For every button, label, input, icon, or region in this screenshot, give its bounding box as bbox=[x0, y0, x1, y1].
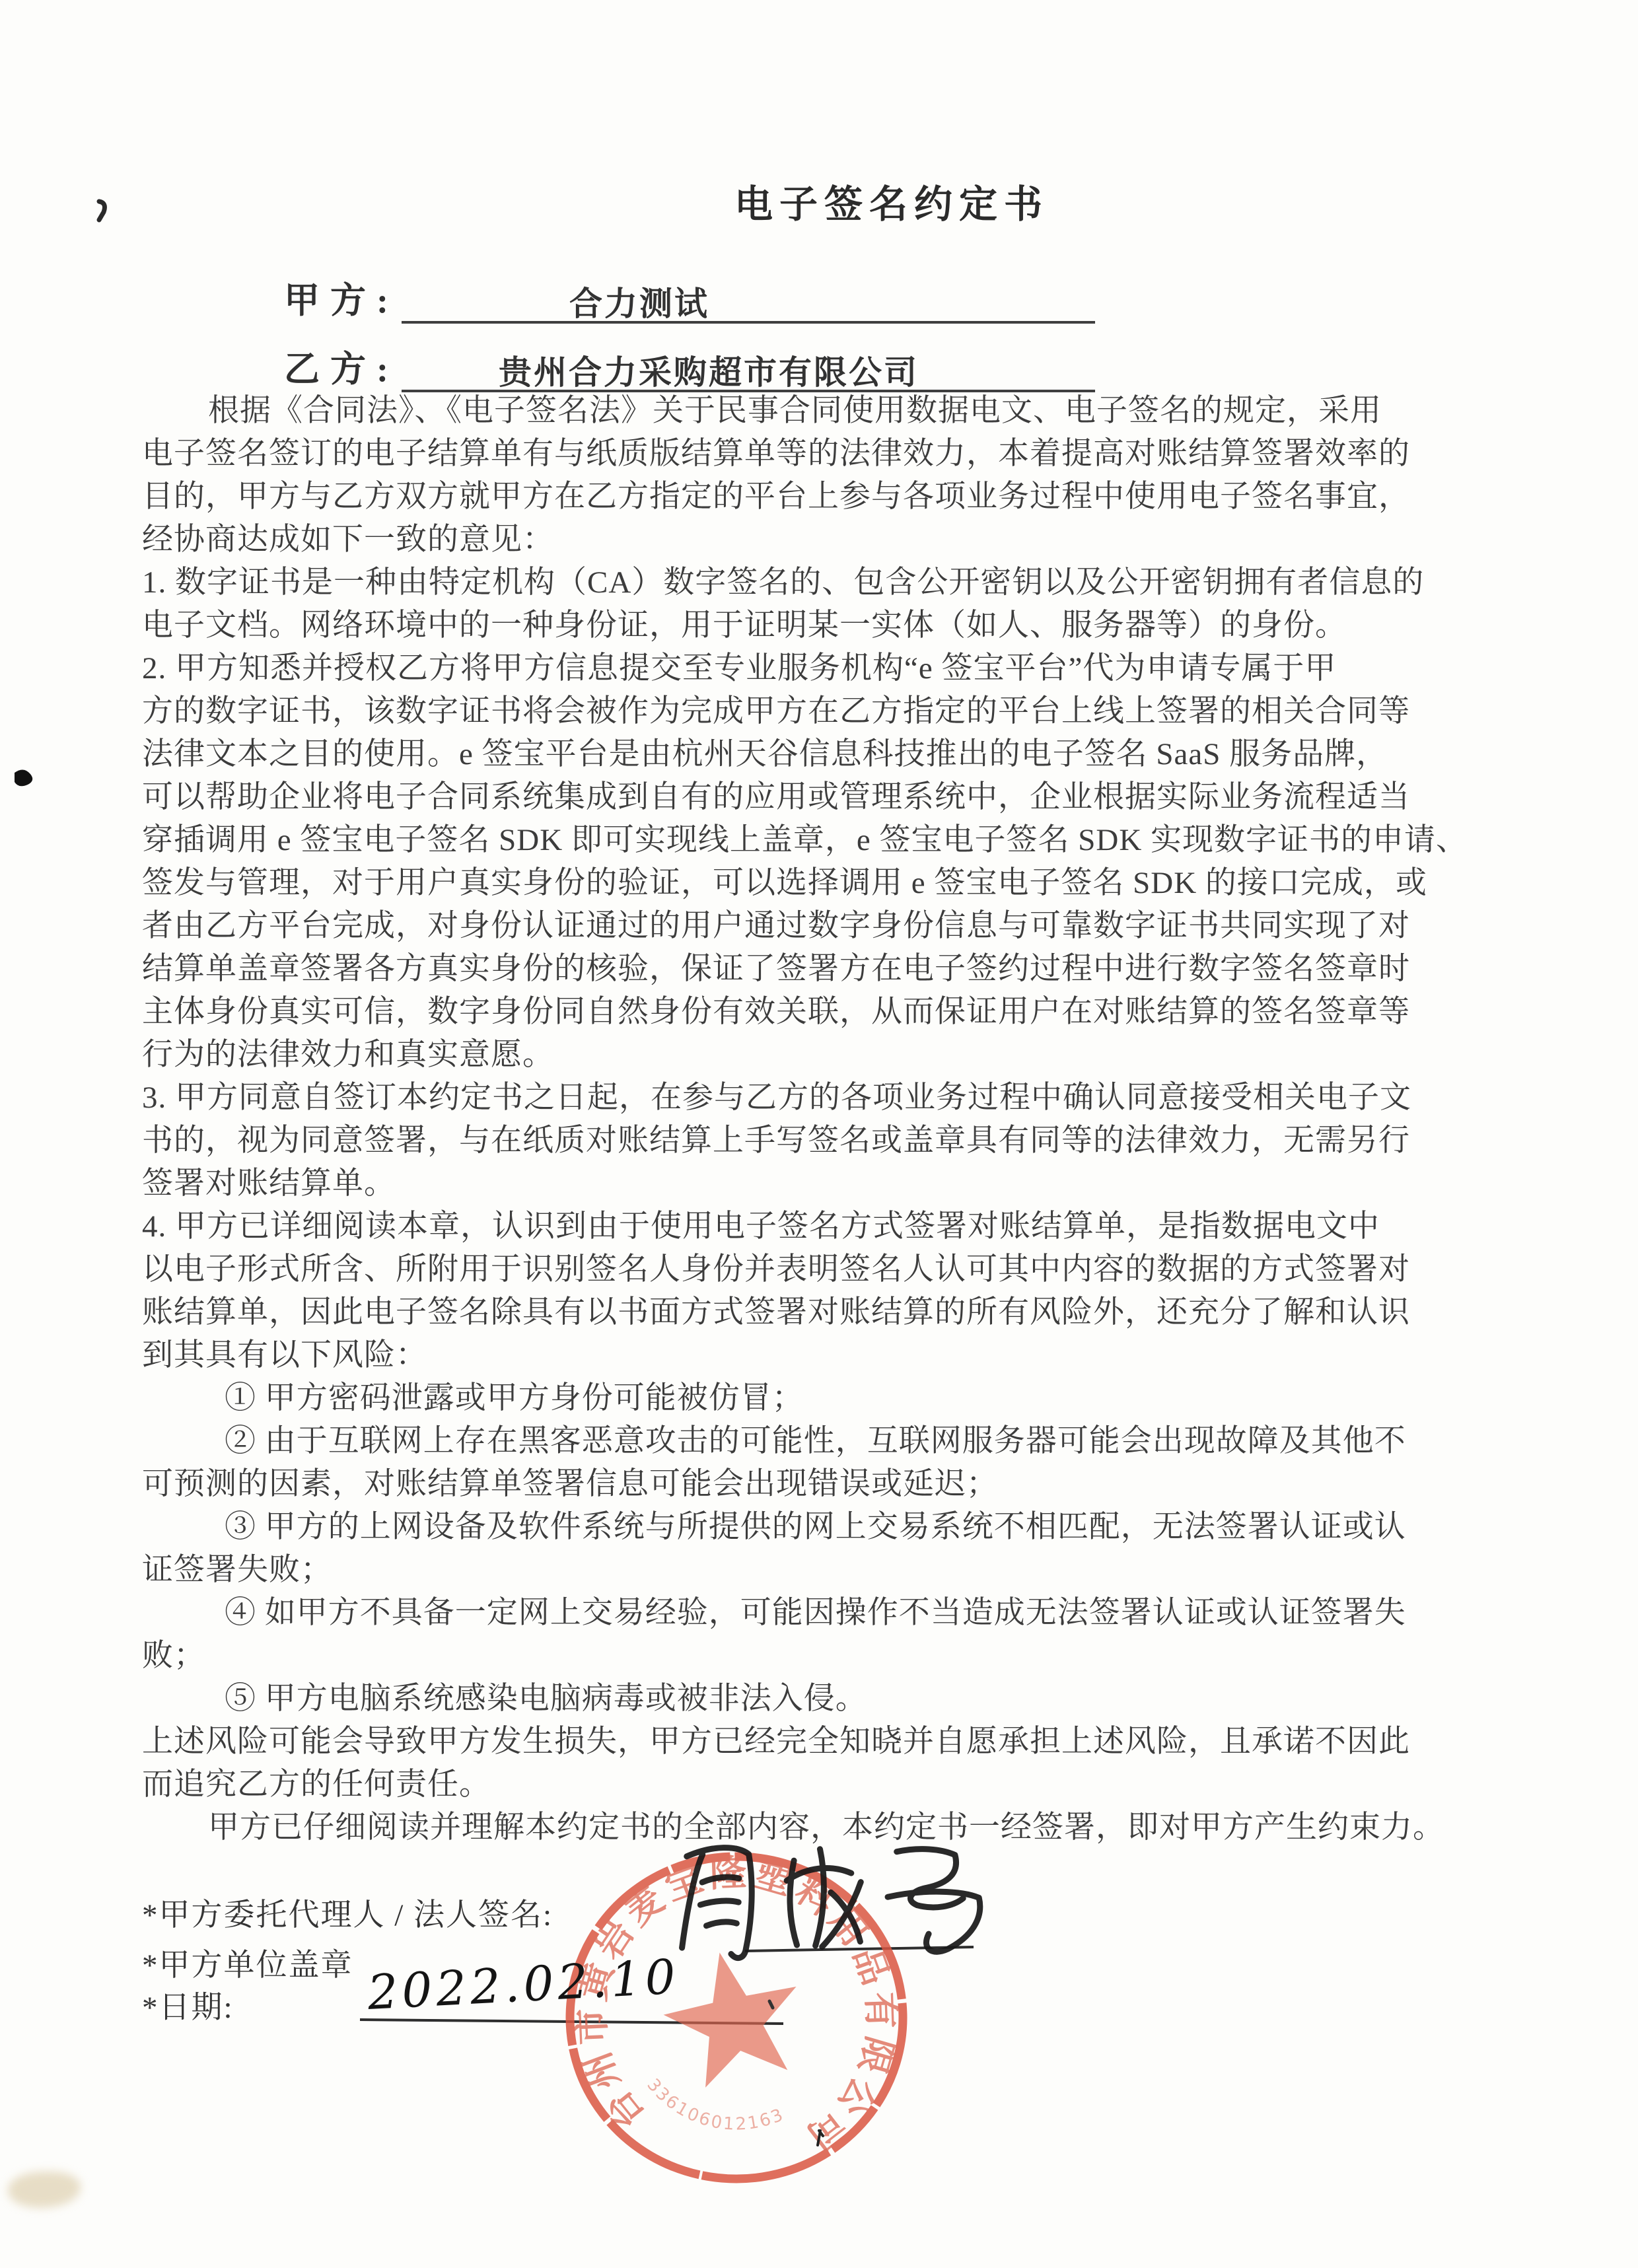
body-line: 书的，视为同意签署，与在纸质对账结算上手写签名或盖章具有同等的法律效力，无需另行 bbox=[142, 1121, 1513, 1164]
scan-artifact-dot bbox=[769, 2001, 773, 2008]
party-b-value: 贵州合力采购超市有限公司 bbox=[499, 346, 919, 394]
body-line: 经协商达成如下一致的意见： bbox=[142, 520, 1513, 563]
body-line: 者由乙方平台完成，对身份认证通过的用户通过数字身份信息与可靠数字证书共同实现了对 bbox=[142, 906, 1513, 949]
party-b-label: 乙方: bbox=[284, 341, 399, 392]
company-seal-label: *甲方单位盖章 bbox=[142, 1940, 353, 1985]
body-line: 结算单盖章签署各方真实身份的核验，保证了签署方在电子签约过程中进行数字签名签章时 bbox=[142, 949, 1513, 992]
body-line: 到其具有以下风险： bbox=[142, 1335, 1513, 1378]
scanned-document-page: 电子签名约定书 甲方: 合力测试 乙方: 贵州合力采购超市有限公司 根据《合同法… bbox=[0, 0, 1638, 2268]
body-line: 3. 甲方同意自签订本约定书之日起，在参与乙方的各项业务过程中确认同意接受相关电… bbox=[142, 1078, 1513, 1121]
agent-signature-label: *甲方委托代理人 / 法人签名: bbox=[142, 1890, 553, 1934]
body-line: 账结算单，因此电子签名除具有以书面方式签署对账结算的所有风险外，还充分了解和认识 bbox=[142, 1293, 1513, 1335]
body-line: 以电子形式所含、所附用于识别签名人身份并表明签名人认可其中内容的数据的方式签署对 bbox=[142, 1250, 1513, 1293]
scan-artifact-tick bbox=[818, 2131, 823, 2145]
body-line: 主体身份真实可信，数字身份同自然身份有效关联，从而保证用户在对账结算的签名签章等 bbox=[142, 992, 1513, 1035]
body-line: 2. 甲方知悉并授权乙方将甲方信息提交至专业服务机构“e 签宝平台”代为申请专属… bbox=[142, 649, 1513, 691]
body-line: 根据《合同法》、《电子签名法》关于民事合同使用数据电文、电子签名的规定，采用 bbox=[142, 391, 1513, 434]
body-text: 根据《合同法》、《电子签名法》关于民事合同使用数据电文、电子签名的规定，采用电子… bbox=[142, 391, 1513, 1851]
body-line: 电子签名签订的电子结算单有与纸质版结算单等的法律效力，本着提高对账结算签署效率的 bbox=[142, 434, 1513, 477]
body-line: 而追究乙方的任何责任。 bbox=[142, 1765, 1513, 1808]
body-line: 甲方已仔细阅读并理解本约定书的全部内容，本约定书一经签署，即对甲方产生约束力。 bbox=[142, 1808, 1513, 1851]
stamp-star-icon bbox=[653, 1938, 813, 2093]
body-line: 方的数字证书，该数字证书将会被作为完成甲方在乙方指定的平台上线上签署的相关合同等 bbox=[142, 691, 1513, 734]
date-underline bbox=[360, 2020, 783, 2024]
handwritten-signature bbox=[678, 1839, 981, 1961]
party-a-label: 甲方: bbox=[284, 272, 399, 323]
body-line: ③ 甲方的上网设备及软件系统与所提供的网上交易系统不相匹配，无法签署认证或认 bbox=[142, 1507, 1513, 1550]
scan-artifact-speck bbox=[15, 769, 32, 786]
date-label: *日期: bbox=[142, 1983, 234, 2027]
body-line: 电子文档。网络环境中的一种身份证，用于证明某一实体（如人、服务器等）的身份。 bbox=[142, 606, 1513, 649]
body-line: 行为的法律效力和真实意愿。 bbox=[142, 1035, 1513, 1078]
body-line: ② 由于互联网上存在黑客恶意攻击的可能性，互联网服务器可能会出现故障及其他不 bbox=[142, 1421, 1513, 1464]
scan-artifact-smudge bbox=[8, 2172, 81, 2208]
body-line: ④ 如甲方不具备一定网上交易经验，可能因操作不当造成无法签署认证或认证签署失 bbox=[142, 1593, 1513, 1636]
party-a-value: 合力测试 bbox=[569, 277, 709, 325]
body-line: 可以帮助企业将电子合同系统集成到自有的应用或管理系统中，企业根据实际业务流程适当 bbox=[142, 777, 1513, 820]
body-line: 目的，甲方与乙方双方就甲方在乙方指定的平台上参与各项业务过程中使用电子签名事宜， bbox=[142, 477, 1513, 520]
body-line: 败； bbox=[142, 1636, 1513, 1679]
body-line: ⑤ 甲方电脑系统感染电脑病毒或被非法入侵。 bbox=[142, 1679, 1513, 1722]
company-stamp: 台州市黄岩麦宝隆塑料用品有限公司 336106012163 bbox=[570, 1853, 903, 2179]
body-line: 签署对账结算单。 bbox=[142, 1164, 1513, 1207]
body-line: 4. 甲方已详细阅读本章，认识到由于使用电子签名方式签署对账结算单，是指数据电文… bbox=[142, 1207, 1513, 1250]
body-line: 签发与管理，对于用户真实身份的验证，可以选择调用 e 签宝电子签名 SDK 的接… bbox=[142, 863, 1513, 906]
body-line: 法律文本之目的使用。e 签宝平台是由杭州天谷信息科技推出的电子签名 SaaS 服… bbox=[142, 734, 1513, 777]
body-line: 证签署失败； bbox=[142, 1550, 1513, 1593]
page-title: 电子签名约定书 bbox=[73, 173, 1638, 229]
body-line: ① 甲方密码泄露或甲方身份可能被仿冒； bbox=[142, 1378, 1513, 1421]
handwritten-date: 2022.02.10 bbox=[365, 1948, 680, 2020]
signature-underline bbox=[745, 1947, 974, 1951]
stamp-ring-text: 台州市黄岩麦宝隆塑料用品有限公司 bbox=[571, 1853, 902, 2160]
body-line: 上述风险可能会导致甲方发生损失，甲方已经完全知晓并自愿承担上述风险，且承诺不因此 bbox=[142, 1722, 1513, 1765]
body-line: 可预测的因素，对账结算单签署信息可能会出现错误或延迟； bbox=[142, 1464, 1513, 1507]
body-line: 1. 数字证书是一种由特定机构（CA）数字签名的、包含公开密钥以及公开密钥拥有者… bbox=[142, 563, 1513, 606]
stamp-serial-number: 336106012163 bbox=[643, 2075, 787, 2135]
body-line: 穿插调用 e 签宝电子签名 SDK 即可实现线上盖章，e 签宝电子签名 SDK … bbox=[142, 820, 1513, 863]
stamp-ring bbox=[570, 1857, 903, 2179]
party-a-underline bbox=[402, 321, 1095, 324]
